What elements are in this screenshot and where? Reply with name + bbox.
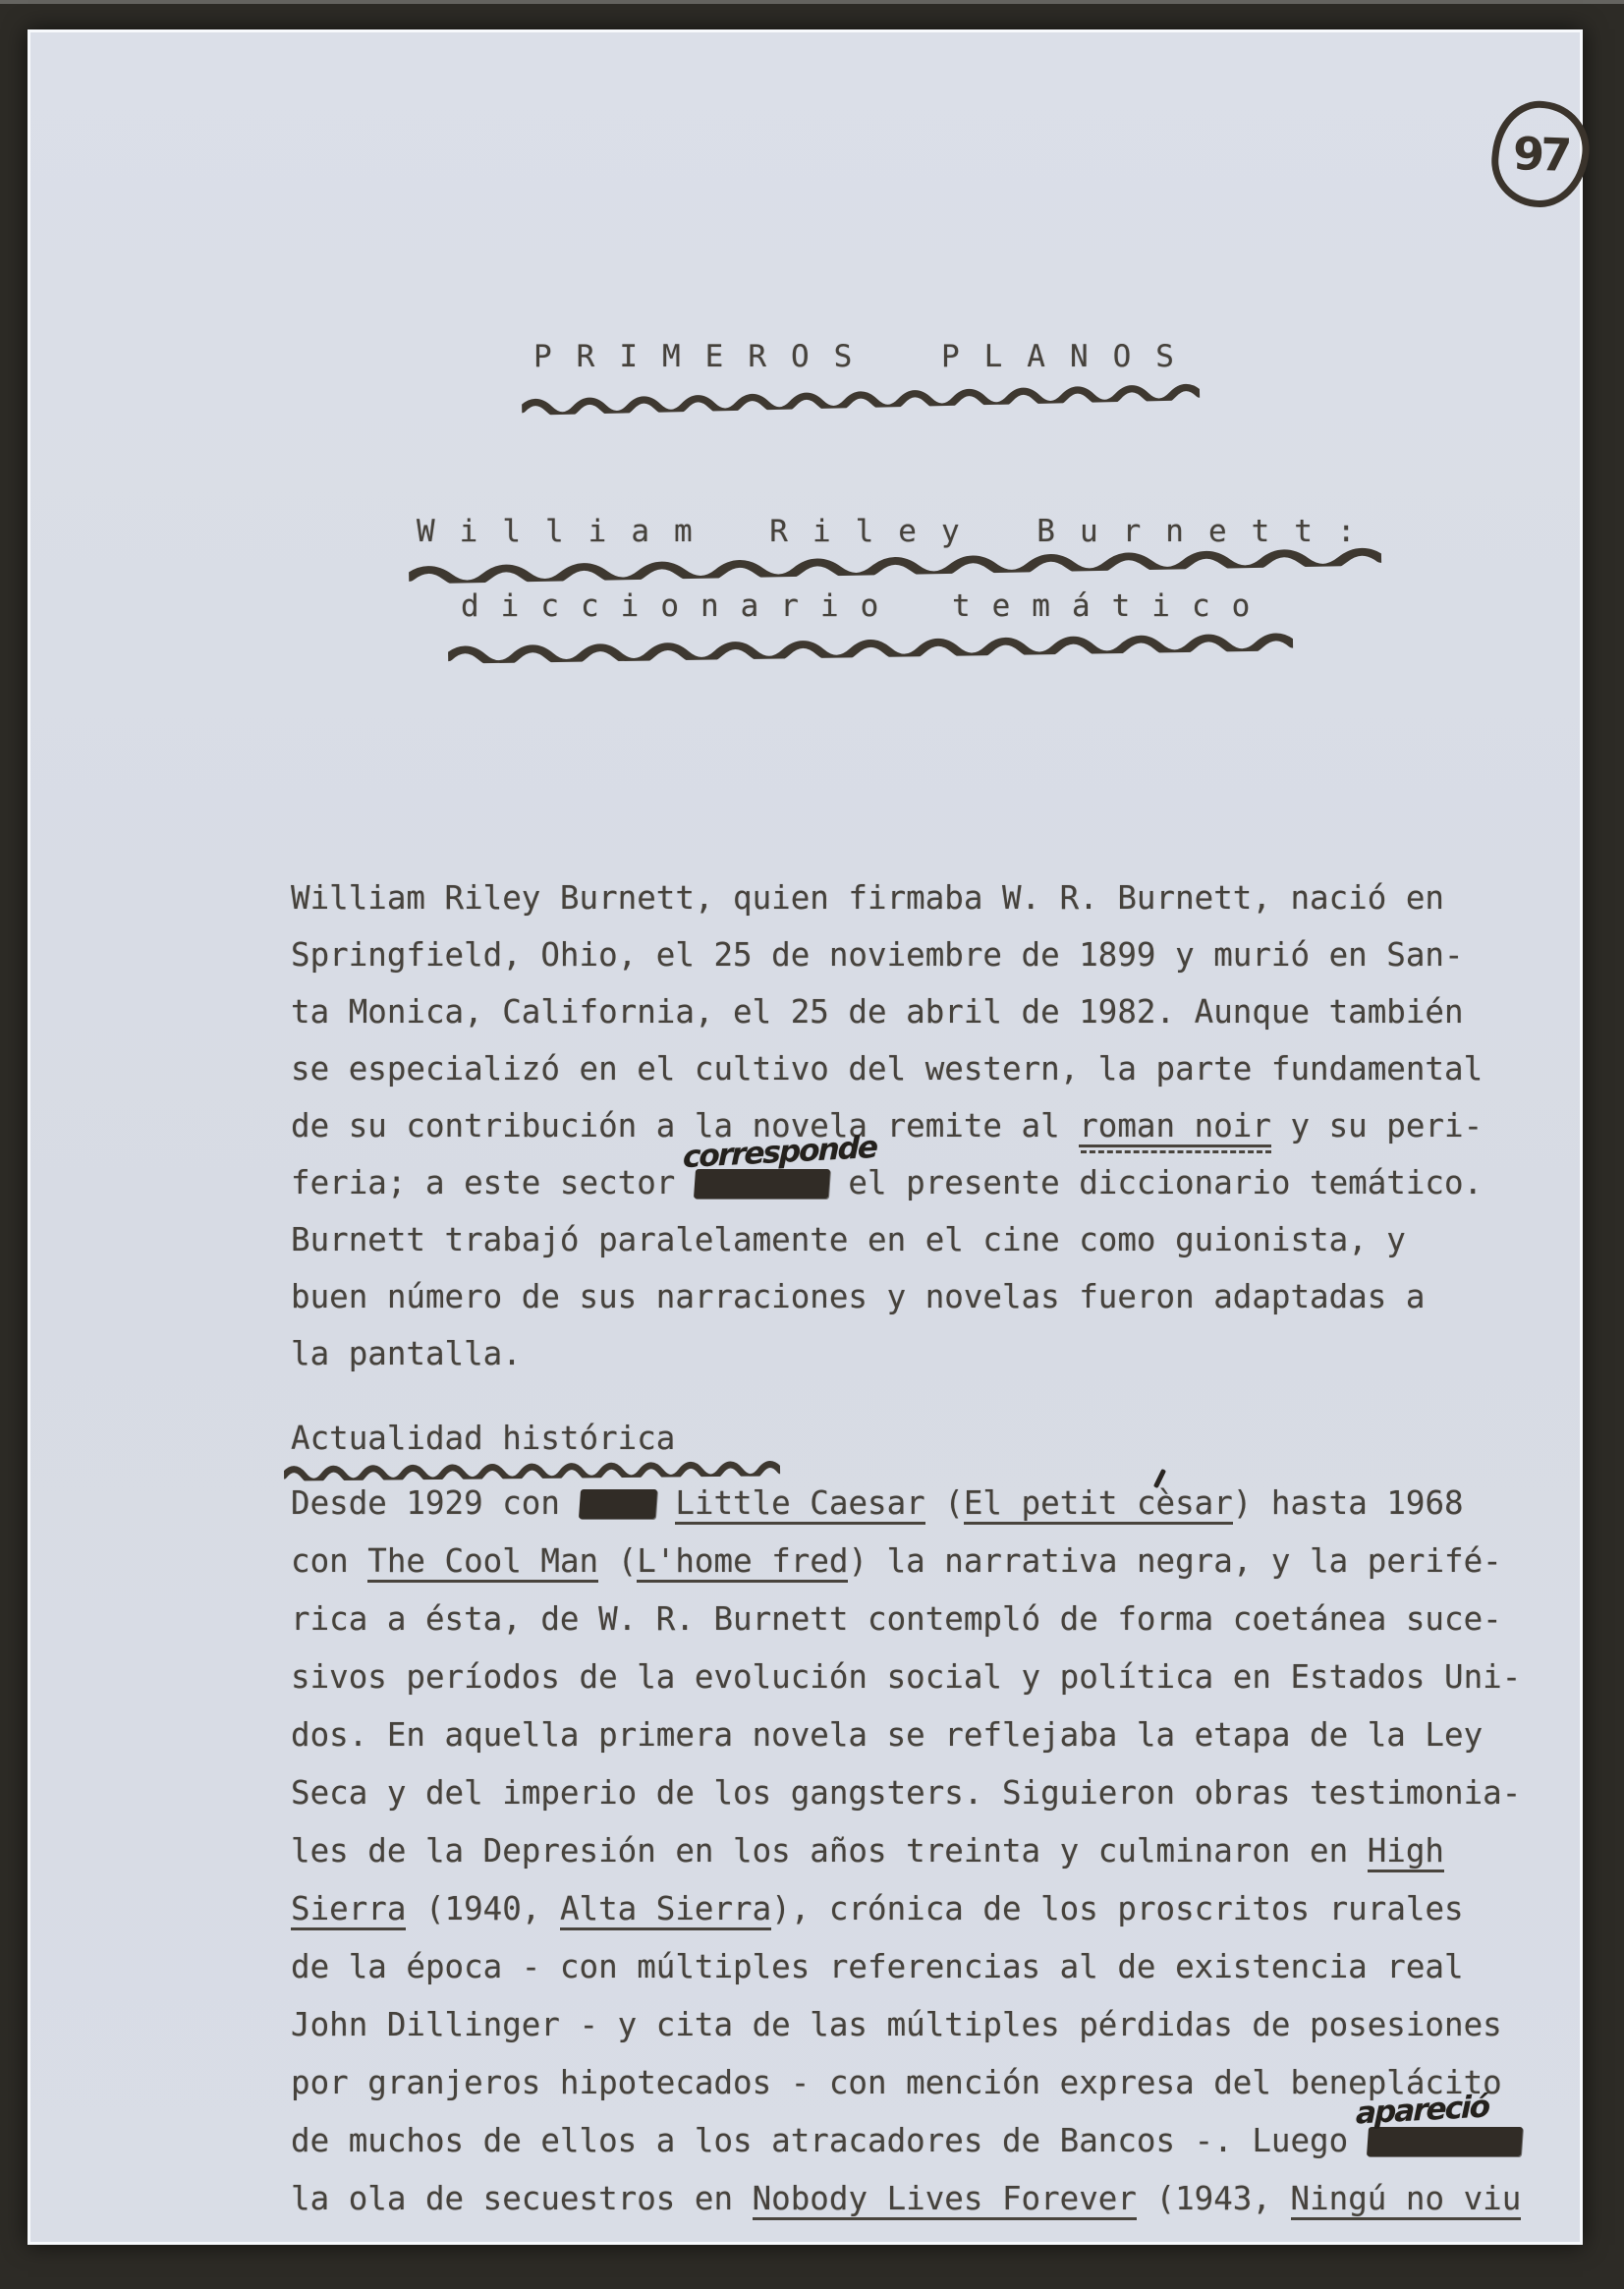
scanned-page-photo: 97 PRIMEROS PLANOS William Riley Burnett… — [0, 0, 1624, 2289]
text-line: Desde 1929 con Little Caesar (El petit c… — [291, 1480, 1521, 1538]
hand-accent-mark — [1153, 1469, 1166, 1488]
section-heading: Actualidad histórica — [291, 1420, 675, 1457]
text-line: Springfield, Ohio, el 25 de noviembre de… — [291, 932, 1483, 989]
typed-text: ( — [598, 1542, 637, 1580]
typed-text: y su peri- — [1271, 1107, 1483, 1144]
text-line: ta Monica, California, el 25 de abril de… — [291, 989, 1483, 1046]
underlined-title: Sierra — [291, 1890, 406, 1930]
section-heading-wavy-underline — [284, 1454, 780, 1480]
text-line: con The Cool Man (L'home fred) la narrat… — [291, 1538, 1521, 1596]
underlined-title: Ningú no viu — [1291, 2180, 1522, 2220]
redacted-word: corresponde — [694, 1169, 830, 1199]
typed-text: el presente diccionario temático. — [829, 1164, 1483, 1201]
text-line: Burnett trabajó paralelamente en el cine… — [291, 1217, 1483, 1274]
typed-text — [656, 1484, 676, 1522]
typed-text: con — [291, 1542, 367, 1580]
typed-text: (1943, — [1137, 2180, 1291, 2217]
typed-text: por granjeros hipotecados - con mención … — [291, 2064, 1502, 2101]
typed-text: ( — [925, 1484, 964, 1522]
text-line: feria; a este sector corresponde el pres… — [291, 1160, 1483, 1217]
section-body: Desde 1929 con Little Caesar (El petit c… — [291, 1480, 1521, 2234]
text-line: Sierra (1940, Alta Sierra), crónica de l… — [291, 1886, 1521, 1944]
typed-text: (1940, — [406, 1890, 560, 1927]
text-line: de muchos de ellos a los atracadores de … — [291, 2118, 1521, 2176]
typed-text: la pantalla. — [291, 1335, 522, 1372]
text-line: dos. En aquella primera novela se reflej… — [291, 1712, 1521, 1770]
page-number: 97 — [1512, 127, 1569, 182]
typed-text: dos. En aquella primera novela se reflej… — [291, 1716, 1483, 1754]
typed-text: de muchos de ellos a los atracadores de … — [291, 2122, 1368, 2159]
text-line: buen número de sus narraciones y novelas… — [291, 1274, 1483, 1331]
redacted-word: apareció — [1367, 2127, 1523, 2156]
underlined-title: El petit cèsar — [964, 1484, 1233, 1525]
page-number-circle: 97 — [1487, 96, 1595, 212]
typed-text: John Dillinger - y cita de las múltiples… — [291, 2006, 1502, 2043]
underlined-title: High — [1368, 1832, 1444, 1872]
manuscript-paper: 97 PRIMEROS PLANOS William Riley Burnett… — [28, 29, 1583, 2245]
typed-text: William Riley Burnett, quien firmaba W. … — [291, 879, 1444, 917]
typed-text: Burnett trabajó paralelamente en el cine… — [291, 1221, 1406, 1258]
typed-text: Seca y del imperio de los gangsters. Sig… — [291, 1774, 1521, 1812]
intro-paragraph: William Riley Burnett, quien firmaba W. … — [291, 875, 1483, 1388]
typed-text: de la época - con múltiples referencias … — [291, 1948, 1464, 1985]
text-line: la pantalla. — [291, 1331, 1483, 1388]
typed-text: ) hasta 1968 — [1233, 1484, 1464, 1522]
typed-text: se especializó en el cultivo del western… — [291, 1050, 1483, 1088]
text-line: John Dillinger - y cita de las múltiples… — [291, 2002, 1521, 2060]
underlined-title: Alta Sierra — [560, 1890, 771, 1930]
typed-text: ) la narrativa negra, y la perifé- — [848, 1542, 1501, 1580]
typed-text: ), crónica de los proscritos rurales — [771, 1890, 1463, 1927]
typed-text: sivos períodos de la evolución social y … — [291, 1658, 1521, 1696]
text-line: la ola de secuestros en Nobody Lives For… — [291, 2176, 1521, 2234]
typed-text: ta Monica, California, el 25 de abril de… — [291, 993, 1464, 1031]
underlined-title: Nobody Lives Forever — [753, 2180, 1137, 2220]
typed-text: rica a ésta, de W. R. Burnett contempló … — [291, 1600, 1502, 1638]
typed-text: les de la Depresión en los años treinta … — [291, 1832, 1368, 1870]
typed-text: feria; a este sector — [291, 1164, 695, 1201]
text-line: sivos períodos de la evolución social y … — [291, 1654, 1521, 1712]
text-line: de su contribución a la novela remite al… — [291, 1103, 1483, 1160]
handwritten-correction: apareció — [1355, 2085, 1488, 2137]
underlined-title: Little Caesar — [675, 1484, 924, 1525]
typed-text: Springfield, Ohio, el 25 de noviembre de… — [291, 936, 1464, 974]
redacted-word — [578, 1489, 656, 1519]
document-title: PRIMEROS PLANOS — [533, 339, 1199, 374]
text-line: rica a ésta, de W. R. Burnett contempló … — [291, 1596, 1521, 1654]
subtitle-dictionary: diccionario temático — [461, 588, 1271, 624]
typed-text: Desde 1929 con — [291, 1484, 580, 1522]
text-line: de la época - con múltiples referencias … — [291, 1944, 1521, 2002]
typed-text: la ola de secuestros en — [291, 2180, 753, 2217]
text-line: les de la Depresión en los años treinta … — [291, 1828, 1521, 1886]
text-line: por granjeros hipotecados - con mención … — [291, 2060, 1521, 2118]
subtitle-dictionary-wavy-underline — [448, 625, 1293, 664]
typed-text: buen número de sus narraciones y novelas… — [291, 1278, 1425, 1315]
text-line: William Riley Burnett, quien firmaba W. … — [291, 875, 1483, 932]
text-line: se especializó en el cultivo del western… — [291, 1046, 1483, 1103]
title-wavy-underline — [522, 376, 1200, 416]
underlined-title: L'home fred — [637, 1542, 848, 1583]
underlined-title: The Cool Man — [367, 1542, 598, 1583]
text-line: Seca y del imperio de los gangsters. Sig… — [291, 1770, 1521, 1828]
underlined-title: roman noir — [1079, 1107, 1271, 1147]
